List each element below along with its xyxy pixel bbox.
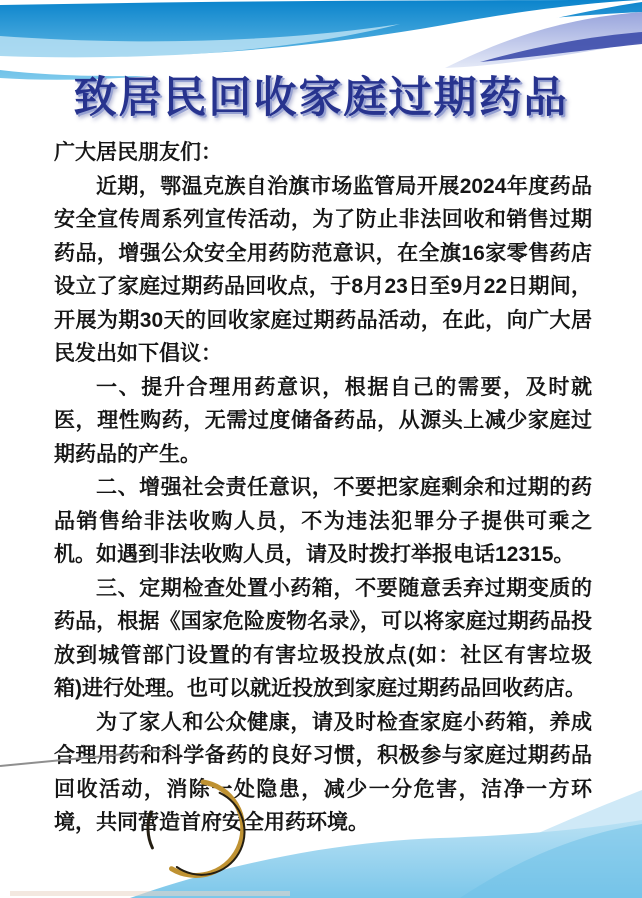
gold-ring-decoration [148, 782, 245, 875]
paragraph: 近期，鄂温克族自治旗市场监管局开展2024年度药品安全宣传周系列宣传活动，为了防… [54, 170, 592, 371]
poster-page: 致居民回收家庭过期药品 广大居民朋友们： 近期，鄂温克族自治旗市场监管局开展20… [0, 0, 642, 898]
stray-line [0, 750, 167, 766]
notice-body: 广大居民朋友们： 近期，鄂温克族自治旗市场监管局开展2024年度药品安全宣传周系… [54, 136, 592, 840]
bottom-strip [10, 891, 290, 896]
paragraph: 二、增强社会责任意识，不要把家庭剩余和过期的药品销售给非法收购人员，不为违法犯罪… [54, 471, 592, 572]
paragraph: 一、提升合理用药意识，根据自己的需要，及时就医，理性购药，无需过度储备药品，从源… [54, 371, 592, 472]
footer-wave-decoration [0, 738, 642, 898]
paragraph: 三、定期检查处置小药箱，不要随意丢弃过期变质的药品，根据《国家危险废物名录》，可… [54, 572, 592, 706]
salutation: 广大居民朋友们： [54, 136, 592, 170]
page-title: 致居民回收家庭过期药品 [0, 64, 642, 125]
